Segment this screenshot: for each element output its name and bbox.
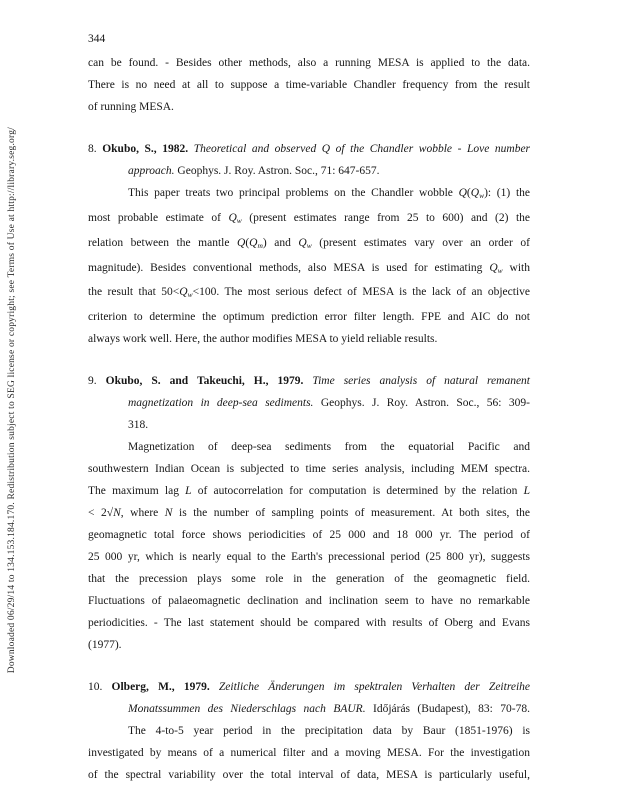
reference-10-abstract: The 4-to-5 year period in the precipitat… xyxy=(88,720,530,786)
text-segment: Időjárás (Budapest), 83: 70-78. xyxy=(366,703,530,715)
text-line: always work well. Here, the author modif… xyxy=(88,328,530,350)
text-segment: < 2√ xyxy=(88,507,113,519)
text-segment: There is no need at all to suppose a tim… xyxy=(88,79,530,91)
text-segment: 25 000 yr, which is nearly equal to the … xyxy=(88,551,530,563)
reference-8-abstract: This paper treats two principal problems… xyxy=(88,182,530,350)
download-watermark-text: Downloaded 06/29/14 to 134.153.184.170. … xyxy=(7,127,17,673)
text-line: 25 000 yr, which is nearly equal to the … xyxy=(88,546,530,568)
text-segment: that the precession plays some role in t… xyxy=(88,573,530,585)
text-segment: Q xyxy=(228,212,236,224)
text-segment: 318. xyxy=(128,419,148,431)
text-segment: criterion to determine the optimum predi… xyxy=(88,311,530,323)
text-segment: Time series analysis of natural remanent xyxy=(312,375,530,387)
paragraph-continuation: can be found. - Besides other methods, a… xyxy=(88,52,530,118)
text-line: There is no need at all to suppose a tim… xyxy=(88,74,530,96)
text-line: most probable estimate of Qw (present es… xyxy=(88,207,530,232)
scanned-page: { "page": { "number": "344", "watermark"… xyxy=(0,0,617,800)
text-segment: magnitude). Besides conventional methods… xyxy=(88,262,489,274)
text-line: Monatssummen des Niederschlags nach BAUR… xyxy=(88,698,530,720)
text-segment xyxy=(210,681,219,693)
text-segment: Zeitliche Änderungen im spektralen Verha… xyxy=(219,681,530,693)
text-segment: can be found. - Besides other methods, a… xyxy=(88,57,530,69)
text-segment: The maximum lag xyxy=(88,485,185,497)
text-segment: of running MESA. xyxy=(88,101,174,113)
text-segment: Monatssummen des Niederschlags nach BAUR… xyxy=(128,703,366,715)
text-line: criterion to determine the optimum predi… xyxy=(88,306,530,328)
text-line: The 4-to-5 year period in the precipitat… xyxy=(88,720,530,742)
reference-8-heading: 8. Okubo, S., 1982. Theoretical and obse… xyxy=(88,138,530,182)
text-segment: ) and xyxy=(263,237,299,249)
text-segment: ): (1) the xyxy=(484,187,530,199)
text-segment: L xyxy=(524,485,530,497)
document-blocks: can be found. - Besides other methods, a… xyxy=(88,52,530,786)
text-segment xyxy=(303,375,312,387)
text-line: The maximum lag L of autocorrelation for… xyxy=(88,480,530,502)
text-segment: 9. xyxy=(88,375,106,387)
text-segment: 10. xyxy=(88,681,112,693)
text-segment: of the spectral variability over the tot… xyxy=(88,769,530,781)
text-segment: N xyxy=(113,507,121,519)
text-segment: The 4-to-5 year period in the precipitat… xyxy=(128,725,530,737)
text-segment: , where xyxy=(121,507,165,519)
text-line: 8. Okubo, S., 1982. Theoretical and obse… xyxy=(88,138,530,160)
text-segment: most probable estimate of xyxy=(88,212,228,224)
text-segment: This paper treats two principal problems… xyxy=(128,187,459,199)
text-segment: Geophys. J. Roy. Astron. Soc., 71: 647-6… xyxy=(175,165,380,177)
text-segment: Q xyxy=(298,237,306,249)
text-segment: (present estimates vary over an order of xyxy=(312,237,530,249)
text-segment: 8. xyxy=(88,143,102,155)
text-line: southwestern Indian Ocean is subjected t… xyxy=(88,458,530,480)
text-line: magnetization in deep-sea sediments. Geo… xyxy=(88,392,530,414)
reference-10-heading: 10. Olberg, M., 1979. Zeitliche Änderung… xyxy=(88,676,530,720)
reference-9-heading: 9. Okubo, S. and Takeuchi, H., 1979. Tim… xyxy=(88,370,530,436)
text-segment: southwestern Indian Ocean is subjected t… xyxy=(88,463,530,475)
text-line: 10. Olberg, M., 1979. Zeitliche Änderung… xyxy=(88,676,530,698)
text-segment: Fluctuations of palaeomagnetic declinati… xyxy=(88,595,530,607)
text-segment: the result that 50< xyxy=(88,286,179,298)
text-line: of the spectral variability over the tot… xyxy=(88,764,530,786)
text-line: Magnetization of deep-sea sediments from… xyxy=(88,436,530,458)
text-segment: of autocorrelation for computation is de… xyxy=(192,485,524,497)
text-segment: Q xyxy=(179,286,187,298)
text-segment: Olberg, M., 1979. xyxy=(112,681,210,693)
text-line: 318. xyxy=(88,414,530,436)
text-line: that the precession plays some role in t… xyxy=(88,568,530,590)
text-line: Fluctuations of palaeomagnetic declinati… xyxy=(88,590,530,612)
watermark-strip: Downloaded 06/29/14 to 134.153.184.170. … xyxy=(0,0,24,800)
page-number: 344 xyxy=(88,28,105,50)
text-segment: periodicities. - The last statement shou… xyxy=(88,617,530,629)
reference-9-abstract: Magnetization of deep-sea sediments from… xyxy=(88,436,530,656)
text-segment: Q xyxy=(459,187,467,199)
text-segment: Q xyxy=(471,187,479,199)
text-segment: (1977). xyxy=(88,639,122,651)
text-segment: relation between the mantle xyxy=(88,237,237,249)
text-segment: geomagnetic total force shows periodicit… xyxy=(88,529,530,541)
text-line: the result that 50<Qw<100. The most seri… xyxy=(88,281,530,306)
text-segment: Okubo, S., 1982. xyxy=(102,143,188,155)
text-line: approach. Geophys. J. Roy. Astron. Soc.,… xyxy=(88,160,530,182)
text-segment: (present estimates range from 25 to 600)… xyxy=(242,212,530,224)
text-line: of running MESA. xyxy=(88,96,530,118)
text-segment: Q xyxy=(489,262,497,274)
text-line: (1977). xyxy=(88,634,530,656)
text-line: < 2√N, where N is the number of sampling… xyxy=(88,502,530,524)
text-line: investigated by means of a numerical fil… xyxy=(88,742,530,764)
text-segment: always work well. Here, the author modif… xyxy=(88,333,437,345)
text-line: relation between the mantle Q(Qm) and Qw… xyxy=(88,232,530,257)
text-segment: Magnetization of deep-sea sediments from… xyxy=(128,441,530,453)
text-segment: Okubo, S. and Takeuchi, H., 1979. xyxy=(106,375,304,387)
text-line: geomagnetic total force shows periodicit… xyxy=(88,524,530,546)
text-segment: is the number of sampling points of meas… xyxy=(172,507,530,519)
text-line: 9. Okubo, S. and Takeuchi, H., 1979. Tim… xyxy=(88,370,530,392)
text-line: can be found. - Besides other methods, a… xyxy=(88,52,530,74)
text-line: magnitude). Besides conventional methods… xyxy=(88,257,530,282)
text-segment: Theoretical and observed Q of the Chandl… xyxy=(194,143,530,155)
text-line: periodicities. - The last statement shou… xyxy=(88,612,530,634)
text-segment: investigated by means of a numerical fil… xyxy=(88,747,530,759)
text-line: This paper treats two principal problems… xyxy=(88,182,530,207)
text-segment: with xyxy=(503,262,530,274)
text-segment: Geophys. J. Roy. Astron. Soc., 56: 309- xyxy=(313,397,530,409)
text-segment: approach. xyxy=(128,165,175,177)
text-segment: <100. The most serious defect of MESA is… xyxy=(193,286,530,298)
text-segment: magnetization in deep-sea sediments. xyxy=(128,397,313,409)
